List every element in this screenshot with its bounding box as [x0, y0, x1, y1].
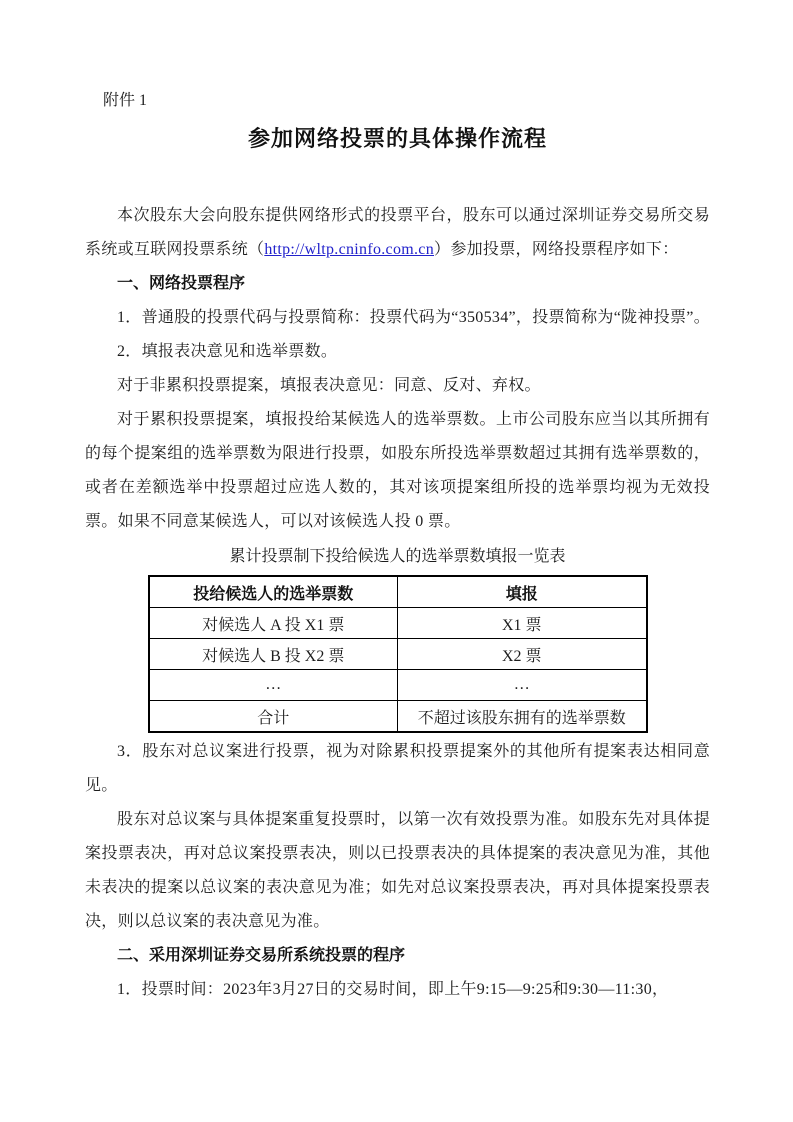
election-votes-table: 投给候选人的选举票数 填报 对候选人 A 投 X1 票 X1 票 对候选人 B …	[148, 575, 648, 733]
table-cell: X1 票	[398, 608, 647, 639]
table-cell: X2 票	[398, 639, 647, 670]
table-cell: 不超过该股东拥有的选举票数	[398, 701, 647, 733]
table-cell: 对候选人 B 投 X2 票	[149, 639, 398, 670]
para-repeat-voting: 股东对总议案与具体提案重复投票时，以第一次有效投票为准。如股东先对具体提案投票表…	[85, 803, 710, 939]
table-header-cell-fill: 填报	[398, 576, 647, 608]
table-cell: 合计	[149, 701, 398, 733]
attachment-label: 附件 1	[103, 90, 710, 112]
table-row: 对候选人 A 投 X1 票 X1 票	[149, 608, 647, 639]
document-page: 附件 1 参加网络投票的具体操作流程 本次股东大会向股东提供网络形式的投票平台，…	[0, 0, 793, 1122]
table-cell: …	[398, 670, 647, 701]
page-title: 参加网络投票的具体操作流程	[85, 122, 710, 153]
table-header-row: 投给候选人的选举票数 填报	[149, 576, 647, 608]
table-cell: …	[149, 670, 398, 701]
para-non-cumulative: 对于非累积投票提案，填报表决意见：同意、反对、弃权。	[85, 369, 710, 403]
section1-heading: 一、网络投票程序	[85, 267, 710, 301]
intro-paragraph: 本次股东大会向股东提供网络形式的投票平台，股东可以通过深圳证券交易所交易系统或互…	[85, 199, 710, 267]
table-row: 对候选人 B 投 X2 票 X2 票	[149, 639, 647, 670]
table-row: 合计 不超过该股东拥有的选举票数	[149, 701, 647, 733]
para-cumulative: 对于累积投票提案，填报投给某候选人的选举票数。上市公司股东应当以其所拥有的每个提…	[85, 403, 710, 539]
voting-site-link[interactable]: http://wltp.cninfo.com.cn	[264, 241, 434, 258]
table-header-cell-votes: 投给候选人的选举票数	[149, 576, 398, 608]
table-cell: 对候选人 A 投 X1 票	[149, 608, 398, 639]
intro-text-after-link: ）参加投票，网络投票程序如下：	[434, 241, 679, 258]
para-general-proposal: 3．股东对总议案进行投票，视为对除累积投票提案外的其他所有提案表达相同意见。	[85, 735, 710, 803]
para-fill-opinion: 2．填报表决意见和选举票数。	[85, 335, 710, 369]
para-voting-time: 1．投票时间：2023年3月27日的交易时间，即上午9:15—9:25和9:30…	[85, 973, 710, 1007]
table-title: 累计投票制下投给候选人的选举票数填报一览表	[85, 539, 710, 572]
table-row: … …	[149, 670, 647, 701]
para-voting-code: 1．普通股的投票代码与投票简称：投票代码为“350534”，投票简称为“陇神投票…	[85, 301, 710, 335]
section2-heading: 二、采用深圳证券交易所系统投票的程序	[85, 939, 710, 973]
